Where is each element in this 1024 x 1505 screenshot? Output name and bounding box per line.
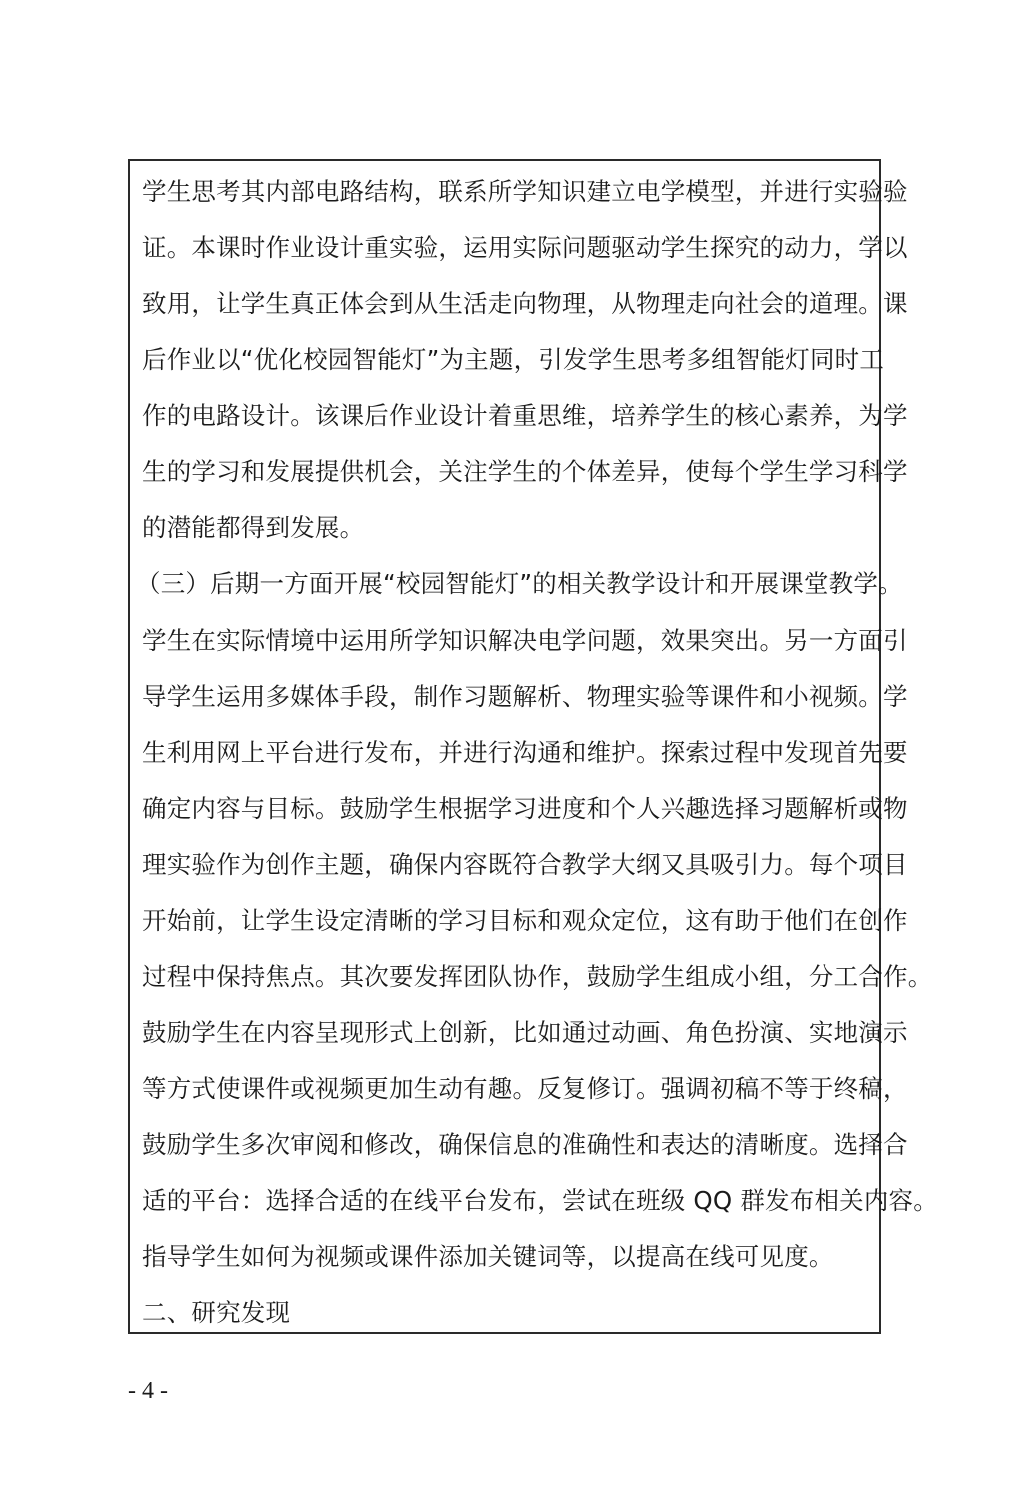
text-line: 致用，让学生真正体会到从生活走向物理，从物理走向社会的道理。课 xyxy=(142,289,870,319)
text-line: 过程中保持焦点。其次要发挥团队协作，鼓励学生组成小组，分工合作。 xyxy=(142,962,870,992)
text-line: 后作业以“优化校园智能灯”为主题，引发学生思考多组智能灯同时工 xyxy=(142,345,870,375)
text-line: 鼓励学生在内容呈现形式上创新，比如通过动画、角色扮演、实地演示 xyxy=(142,1018,870,1048)
text-line: 适的平台：选择合适的在线平台发布，尝试在班级 QQ 群发布相关内容。 xyxy=(142,1186,870,1216)
page-number: - 4 - xyxy=(128,1378,168,1405)
text-line: 生的学习和发展提供机会，关注学生的个体差异，使每个学生学习科学 xyxy=(142,457,870,487)
text-line: 生利用网上平台进行发布，并进行沟通和维护。探索过程中发现首先要 xyxy=(142,738,870,768)
text-line: 等方式使课件或视频更加生动有趣。反复修订。强调初稿不等于终稿， xyxy=(142,1074,870,1104)
text-line: 学生思考其内部电路结构，联系所学知识建立电学模型，并进行实验验 xyxy=(142,177,870,207)
text-line: 理实验作为创作主题，确保内容既符合教学大纲又具吸引力。每个项目 xyxy=(142,850,870,880)
text-line: 确定内容与目标。鼓励学生根据学习进度和个人兴趣选择习题解析或物 xyxy=(142,794,870,824)
text-line: 的潜能都得到发展。 xyxy=(142,513,870,543)
text-line: 证。本课时作业设计重实验，运用实际问题驱动学生探究的动力，学以 xyxy=(142,233,870,263)
text-line: 作的电路设计。该课后作业设计着重思维，培养学生的核心素养，为学 xyxy=(142,401,870,431)
document-page: 学生思考其内部电路结构，联系所学知识建立电学模型，并进行实验验 证。本课时作业设… xyxy=(0,0,1024,1505)
content-box: 学生思考其内部电路结构，联系所学知识建立电学模型，并进行实验验 证。本课时作业设… xyxy=(128,159,881,1334)
text-line: 学生在实际情境中运用所学知识解决电学问题，效果突出。另一方面引 xyxy=(142,626,870,656)
text-line: 鼓励学生多次审阅和修改，确保信息的准确性和表达的清晰度。选择合 xyxy=(142,1130,870,1160)
text-line: 导学生运用多媒体手段，制作习题解析、物理实验等课件和小视频。学 xyxy=(142,682,870,712)
text-line: 开始前，让学生设定清晰的学习目标和观众定位，这有助于他们在创作 xyxy=(142,906,870,936)
section-heading-findings: 二、研究发现 xyxy=(142,1298,870,1328)
text-line: 指导学生如何为视频或课件添加关键词等，以提高在线可见度。 xyxy=(142,1242,870,1272)
section-heading-three: （三）后期一方面开展“校园智能灯”的相关教学设计和开展课堂教学。 xyxy=(136,569,872,599)
